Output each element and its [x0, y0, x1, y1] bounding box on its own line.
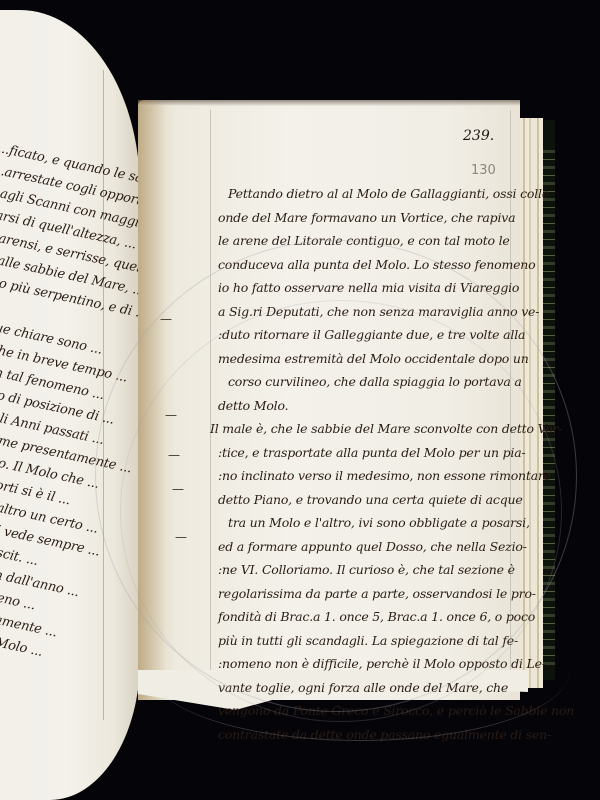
- handwritten-line: le arene del Litorale contiguo, e con ta…: [218, 230, 574, 254]
- handwritten-line: medesima estremità del Molo occidentale …: [218, 348, 574, 372]
- left-page: ...ficato, e quando le sabbie ... ...arr…: [0, 10, 140, 800]
- handwritten-line: :ne VI. Colloriamo. Il curioso è, che ta…: [218, 559, 574, 583]
- margin-mark: —: [175, 530, 187, 544]
- margin-mark: —: [172, 482, 184, 496]
- handwritten-line: :tice, e trasportate alla punta del Molo…: [218, 442, 574, 466]
- handwritten-line: io ho fatto osservare nella mia visita d…: [218, 277, 574, 301]
- watermark-arc: [150, 600, 570, 741]
- handwritten-line: onde del Mare formavano un Vortice, che …: [218, 207, 574, 231]
- left-page-text: ...ficato, e quando le sabbie ... ...arr…: [0, 138, 140, 664]
- handwritten-line: Il male è, che le sabbie del Mare sconvo…: [210, 418, 574, 442]
- handwritten-line: tra un Molo e l'altro, ivi sono obbligat…: [218, 512, 574, 536]
- handwritten-line: a Sig.ri Deputati, che non senza maravig…: [218, 301, 574, 325]
- handwritten-line: :duto ritornare il Galleggiante due, e t…: [218, 324, 574, 348]
- handwritten-line: ed a formare appunto quel Dosso, che nel…: [218, 536, 574, 560]
- photo-background: ...ficato, e quando le sabbie ... ...arr…: [0, 0, 600, 800]
- handwritten-line: corso curvilineo, che dalla spiaggia lo …: [218, 371, 574, 395]
- handwritten-line: :no inclinato verso il medesimo, non ess…: [218, 465, 574, 489]
- margin-mark: —: [165, 408, 177, 422]
- handwritten-line: conduceva alla punta del Molo. Lo stesso…: [218, 254, 574, 278]
- page-number: 239.: [463, 128, 494, 144]
- handwritten-line: detto Molo.: [218, 395, 574, 419]
- page-top-edge: [138, 100, 520, 106]
- margin-mark: —: [168, 448, 180, 462]
- handwritten-line: Pettando dietro al al Molo de Gallaggian…: [218, 183, 574, 207]
- margin-mark: —: [160, 312, 172, 326]
- folio-number: 130: [471, 163, 496, 178]
- handwritten-line: detto Piano, e trovando una certa quiete…: [218, 489, 574, 513]
